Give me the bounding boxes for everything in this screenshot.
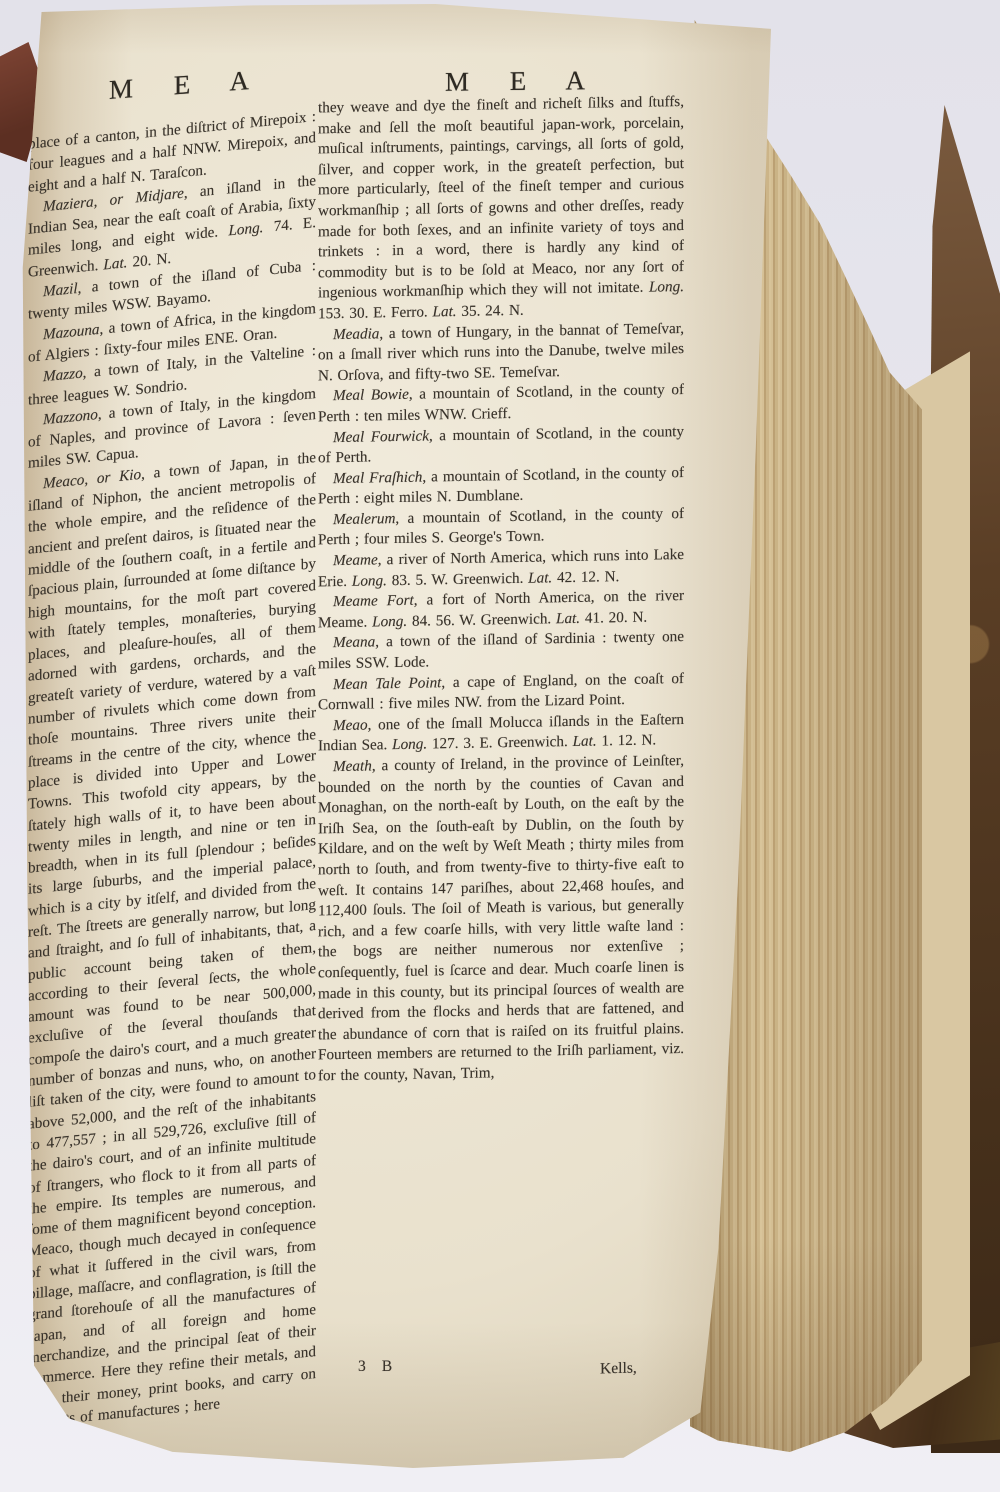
entry-headword: Mazzo [43,365,83,386]
gazetteer-entry: Meal Fraſhich, a mountain of Scotland, i… [318,463,684,511]
gazetteer-entry: Mealerum, a mountain of Scotland, in the… [318,504,684,552]
text-column-right: they weave and dye the fineſt and richeſ… [318,92,684,1374]
gazetteer-entry: Meana, a town of the iſland of Sardinia … [318,627,684,675]
entry-headword: Meal Fraſhich [333,468,422,487]
entry-headword: Meame [333,551,378,569]
running-head-left: M E A [84,63,274,107]
catchword: Kells, [600,1360,637,1379]
gazetteer-entry: Meame, a river of North America, which r… [318,545,684,593]
gazetteer-entry: Meal Bowie, a mountain of Scotland, in t… [318,380,684,428]
entry-headword: Meal Bowie [333,386,409,404]
entry-headword: Mazil [43,280,78,300]
entry-headword: Meadia [333,325,379,343]
entry-headword: Mazzono [43,406,98,428]
entry-headword: Meao [333,716,368,734]
signature-mark: 3 B [358,1358,398,1376]
gazetteer-entry: they weave and dye the fineſt and richeſ… [318,92,684,325]
entry-text: they weave and dye the fineſt and richeſ… [318,93,684,322]
gazetteer-entry: Mean Tale Point, a cape of England, on t… [318,669,684,717]
entry-headword: Meame Fort [333,592,414,610]
gazetteer-entry: Meadia, a town of Hungary, in the bannat… [318,319,684,387]
entry-text: , a county of Ireland, in the province o… [318,752,684,1084]
entry-headword: Meana [333,634,375,652]
entry-headword: Mazouna [43,321,100,343]
gazetteer-entry: Meame Fort, a fort of North America, on … [318,586,684,634]
entry-headword: Meath [333,757,372,775]
gazetteer-entry: Meal Fourwick, a mountain of Scotland, i… [318,422,684,470]
photo-backdrop: { "document": { "header": { "left": "M E… [0,0,1000,1492]
entry-headword: Mean Tale Point [333,674,441,693]
entry-text: , one of the ſmall Molucca iſlands in th… [318,711,684,755]
gazetteer-entry: Meaco, or Kio, a town of Japan, in the i… [28,447,316,1429]
gazetteer-entry: Meath, a county of Ireland, in the provi… [318,751,684,1087]
text-column-left: place of a canton, in the diſtrict of Mi… [28,106,316,1429]
gazetteer-entry: Meao, one of the ſmall Molucca iſlands i… [318,710,684,758]
entry-headword: Meal Fourwick [333,427,429,446]
entry-text: , a town of Japan, in the iſland of Niph… [28,449,316,1429]
gazetteer-page: M E A M E A place of a canton, in the di… [22,4,774,1468]
entry-headword: Mealerum [333,510,395,528]
